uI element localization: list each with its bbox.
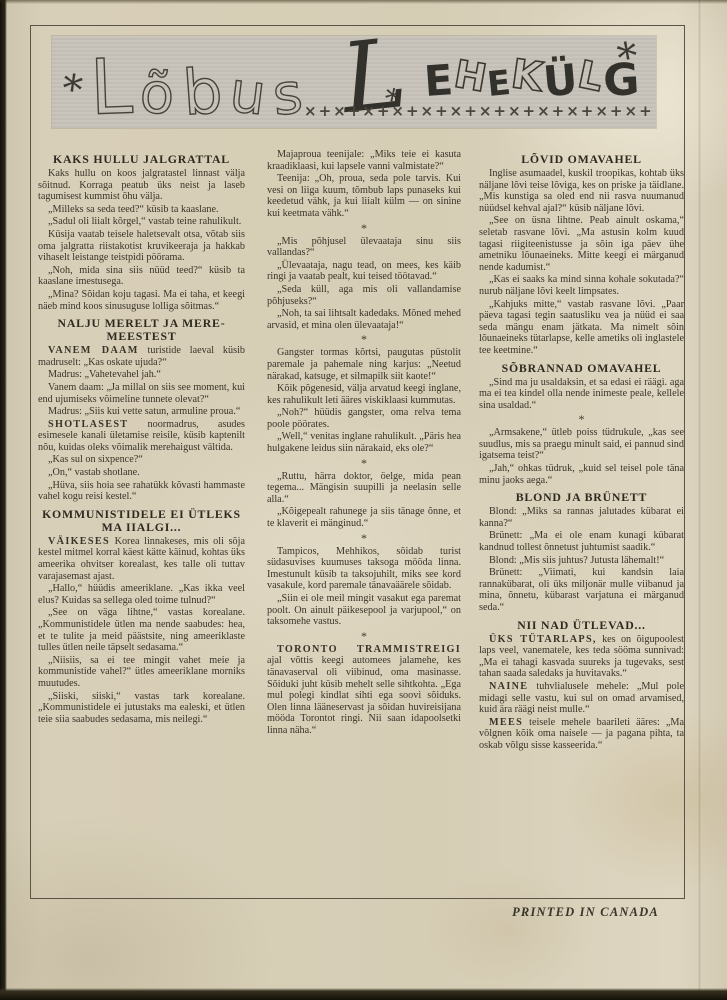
scan-edge-top: [0, 0, 727, 4]
paragraph: „Sadul oli liialt kõrgel,“ vastab teine …: [38, 216, 245, 228]
masthead-letter: E: [485, 63, 512, 105]
scan-edge-bottom: [0, 988, 727, 1000]
paragraph: „Hüva, siis hoia see rahatükk kõvasti ha…: [38, 480, 245, 503]
paragraph: „Niisiis, sa ei tee mingit vahet meie ja…: [38, 655, 245, 690]
paragraph: Inglise asumaadel, kuskil troopikas, koh…: [479, 168, 684, 214]
paragraph: Blond: „Miks sa rannas jalutades kübarat…: [479, 506, 684, 529]
paragraph: „Well,“ venitas inglane rahulikult. „Pär…: [267, 431, 461, 454]
paragraph: „Seda küll, aga mis oli vallandamise põh…: [267, 284, 461, 307]
cross-stitch-row: ×+×+×+×+×+×+×+×+×+×+×+×+×+×+×+×+: [304, 102, 652, 120]
paragraph: ÜKS TÜTARLAPS, kes on õigupoolest laps v…: [479, 634, 684, 680]
paragraph: „Milleks sa seda teed?“ küsib ta kaaslan…: [38, 204, 245, 216]
paragraph: „Kahjuks mitte,“ vastab rasvane lõvi. „P…: [479, 299, 684, 357]
section-heading: NII NAD ÜTLEVAD...: [481, 619, 682, 632]
masthead-banner: * * * Lõbus L ×+×+×+×+×+×+×+×+×+×+×+×+×+…: [52, 36, 656, 128]
paragraph: „Siiski, siiski,“ vastas tark korealane.…: [38, 691, 245, 726]
column-2: Majaproua teenijale: „Miks teie ei kasut…: [267, 148, 461, 738]
paragraph: VÄIKESES Korea linnakeses, mis oli sõja …: [38, 536, 245, 582]
paragraph: TORONTO TRAMMISTREIGI ajal võttis keegi …: [267, 644, 461, 737]
masthead-letter: L: [88, 41, 141, 132]
paragraph: „Armsakene,“ ütleb poiss tüdrukule, „kas…: [479, 427, 684, 462]
paragraph-lead: SHOTLASEST: [48, 419, 128, 430]
paragraph: NAINE tuhvlialusele mehele: „Mul pole mi…: [479, 681, 684, 716]
section-heading: SÕBRANNAD OMAVAHEL: [481, 362, 682, 375]
paragraph: VANEM DAAM turistide laeval küsib madrus…: [38, 345, 245, 368]
masthead-letter: õ: [139, 61, 185, 128]
section-heading: BLOND JA BRÜNETT: [481, 491, 682, 504]
paragraph: Tampicos, Mehhikos, sõidab turist südasu…: [267, 546, 461, 592]
asterisk-separator: *: [267, 631, 461, 641]
column-3: LÕVID OMAVAHELInglise asumaadel, kuskil …: [479, 148, 684, 753]
paragraph: Kõik põgenesid, välja arvatud keegi ingl…: [267, 383, 461, 406]
masthead-letter: K: [508, 51, 545, 101]
masthead-letter: Ü: [541, 55, 579, 107]
paragraph-lead: MEES: [489, 717, 523, 728]
paragraph: „Kas sul on sixpence?“: [38, 454, 245, 466]
paragraph: Gangster tormas kõrtsi, paugutas püstoli…: [267, 347, 461, 382]
masthead-letter: E: [423, 55, 455, 106]
paragraph: „Noh, mida sina siis nüüd teed?“ küsib t…: [38, 265, 245, 288]
paragraph: Madrus: „Siis kui vette satun, armuline …: [38, 406, 245, 418]
paragraph: Majaproua teenijale: „Miks teie ei kasut…: [267, 149, 461, 172]
paragraph: SHOTLASEST noormadrus, asudes esimesele …: [38, 419, 245, 454]
masthead-letter: b: [180, 53, 232, 129]
paragraph: „Kas ei saaks ka mind sinna kohale sokut…: [479, 274, 684, 297]
paragraph-lead: ÜKS TÜTARLAPS,: [489, 634, 597, 645]
paragraph: Kaks hullu on koos jalgratastel linnast …: [38, 168, 245, 203]
paragraph: Blond: „Mis siis juhtus? Jutusta lähemal…: [479, 555, 684, 567]
star-icon: *: [59, 69, 84, 111]
scan-edge-left: [0, 0, 7, 1000]
column-1: KAKS HULLU JALGRATTALKaks hullu on koos …: [38, 148, 245, 726]
masthead-word-ehekylg: EHEKÜLG: [424, 52, 640, 103]
section-heading: NALJU MERELT JA MERE-MEESTEST: [40, 317, 243, 343]
footer-printed-in-canada: PRINTED IN CANADA: [478, 905, 693, 920]
paragraph: „Ülevaataja, nagu tead, on mees, kes käi…: [267, 260, 461, 283]
paragraph: „See on üsna lihtne. Peab ainult oskama,…: [479, 215, 684, 273]
paragraph-lead: TORONTO TRAMMISTREIGI: [277, 644, 461, 655]
masthead-word-lobus: Lõbus: [90, 42, 311, 131]
paragraph: Brünett: „Viimati, kui kandsin laia rann…: [479, 567, 684, 613]
section-heading: LÕVID OMAVAHEL: [481, 153, 682, 166]
paragraph: „Jah,“ ohkas tüdruk, „kuid sel teisel po…: [479, 463, 684, 486]
paper-crease: [698, 0, 701, 1000]
paragraph: Madrus: „Vahetevahel jah.“: [38, 369, 245, 381]
paragraph: „Mis põhjusel ülevaataja sinu siis valla…: [267, 236, 461, 259]
paragraph: Teenija: „Oh, proua, seda pole tarvis. K…: [267, 173, 461, 219]
asterisk-separator: *: [267, 533, 461, 543]
asterisk-separator: *: [267, 334, 461, 344]
section-heading: KAKS HULLU JALGRATTAL: [40, 153, 243, 166]
paragraph: „Noh, ta sai lihtsalt kadedaks. Mõned me…: [267, 308, 461, 331]
paragraph: „Kõigepealt rahunege ja siis tänage õnne…: [267, 506, 461, 529]
paragraph: MEES teisele mehele baarileti ääres: „Ma…: [479, 717, 684, 752]
paragraph: „See on väga lihtne,“ vastas korealane. …: [38, 607, 245, 653]
paragraph-lead: NAINE: [489, 681, 528, 692]
paragraph: Küsija vaatab teisele haletsevalt otsa, …: [38, 229, 245, 264]
paragraph: Brünett: „Ma ei ole enam kunagi kübarat …: [479, 530, 684, 553]
paragraph: „Mina? Sõidan koju tagasi. Ma ei taha, e…: [38, 289, 245, 312]
asterisk-separator: *: [267, 458, 461, 468]
paragraph: „Noh?“ hüüdis gangster, oma relva tema p…: [267, 407, 461, 430]
masthead-letter: G: [602, 54, 641, 107]
masthead-letter: H: [451, 52, 490, 101]
paragraph: „Hallo,“ hüüdis ameeriklane. „Kas ikka v…: [38, 583, 245, 606]
section-heading: KOMMUNISTIDELE EI ÜTLEKS MA IIALGI...: [40, 508, 243, 534]
paragraph: „On,“ vastab shotlane.: [38, 467, 245, 479]
paragraph: „Sind ma ju usaldaksin, et sa edasi ei r…: [479, 377, 684, 412]
paragraph-lead: VÄIKESES: [48, 536, 110, 547]
paragraph: „Siin ei ole meil mingit vasakut ega par…: [267, 593, 461, 628]
asterisk-separator: *: [267, 223, 461, 233]
paragraph: „Ruttu, härra doktor, öelge, mida pean t…: [267, 471, 461, 506]
paragraph-lead: VANEM DAAM: [48, 345, 139, 356]
paragraph: Vanem daam: „Ja millal on siis see momen…: [38, 382, 245, 405]
asterisk-separator: *: [479, 414, 684, 424]
